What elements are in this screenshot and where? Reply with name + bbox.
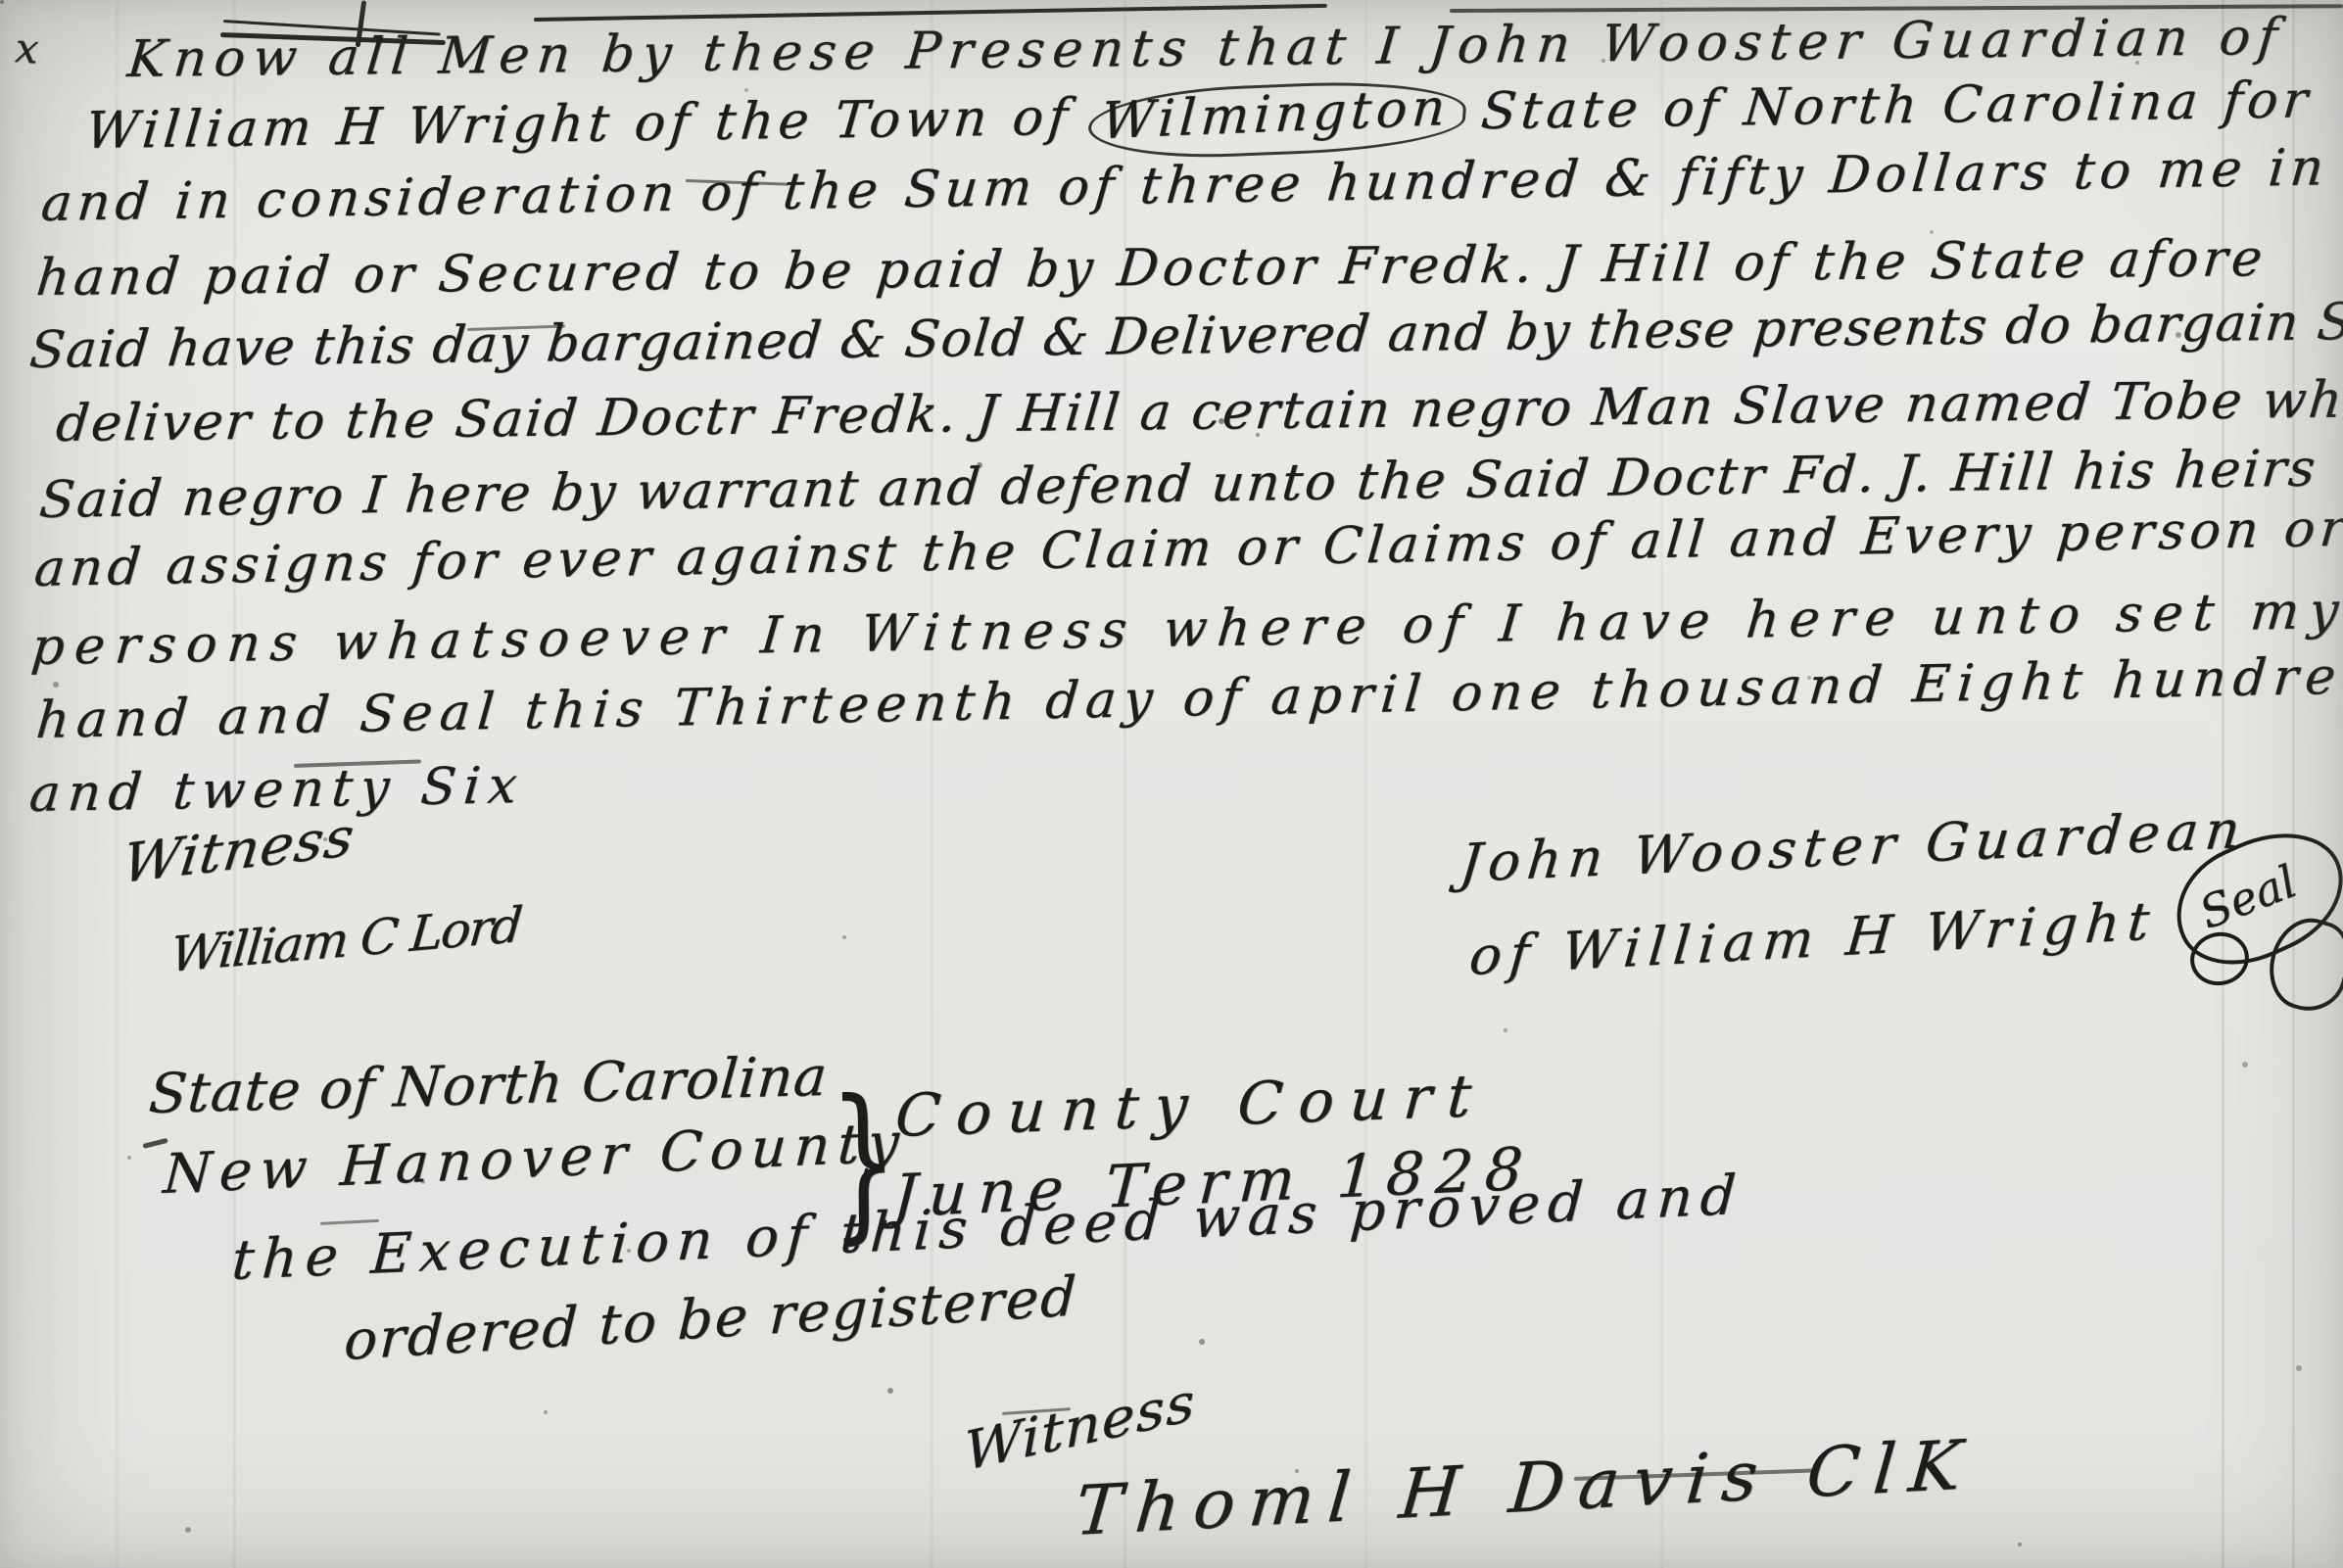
wilmington-circled-word: Wilmington <box>1086 76 1468 162</box>
witness-label: Witness <box>120 810 358 892</box>
signer-signature-line-1: John Wooster Guardean <box>1458 803 2249 890</box>
deed-line-6: deliver to the Said Doctr Fredk. J Hill … <box>54 374 2343 450</box>
deed-line-2-suffix: State of North Carolina for <box>1458 71 2315 141</box>
margin-x-mark: x <box>14 27 40 71</box>
deed-line-4: hand paid or Secured to be paid by Docto… <box>34 233 2269 304</box>
paper-crease <box>1124 0 1126 1568</box>
witness-signature: William C Lord <box>168 900 522 979</box>
deed-line-11: and twenty Six <box>27 760 527 820</box>
deed-line-1: Know all Men by these Presents that I Jo… <box>125 12 2287 85</box>
deed-manuscript-page: x Know all Men by these Presents that I … <box>0 0 2343 1568</box>
deed-line-2-prefix: William H Wright of the Town of <box>83 88 1096 161</box>
cert-county-line: New Hanover County <box>162 1116 908 1203</box>
clerk-signature: Thoml H Davis ClK <box>1073 1430 1978 1545</box>
cert-witness-label: Witness <box>964 1376 1196 1480</box>
paper-crease <box>2292 0 2295 1568</box>
cert-court-line: County Court <box>893 1067 1489 1146</box>
paper-crease <box>1364 0 1367 1568</box>
ink-speck-layer <box>0 0 4 4</box>
cert-state-line: State of North Carolina <box>147 1050 830 1122</box>
signer-signature-line-2: of William H Wright <box>1467 895 2159 983</box>
deed-line-5: Said have this day bargained & Sold & De… <box>27 295 2343 376</box>
cert-proved-line-2: ordered to be registered <box>343 1270 1079 1369</box>
